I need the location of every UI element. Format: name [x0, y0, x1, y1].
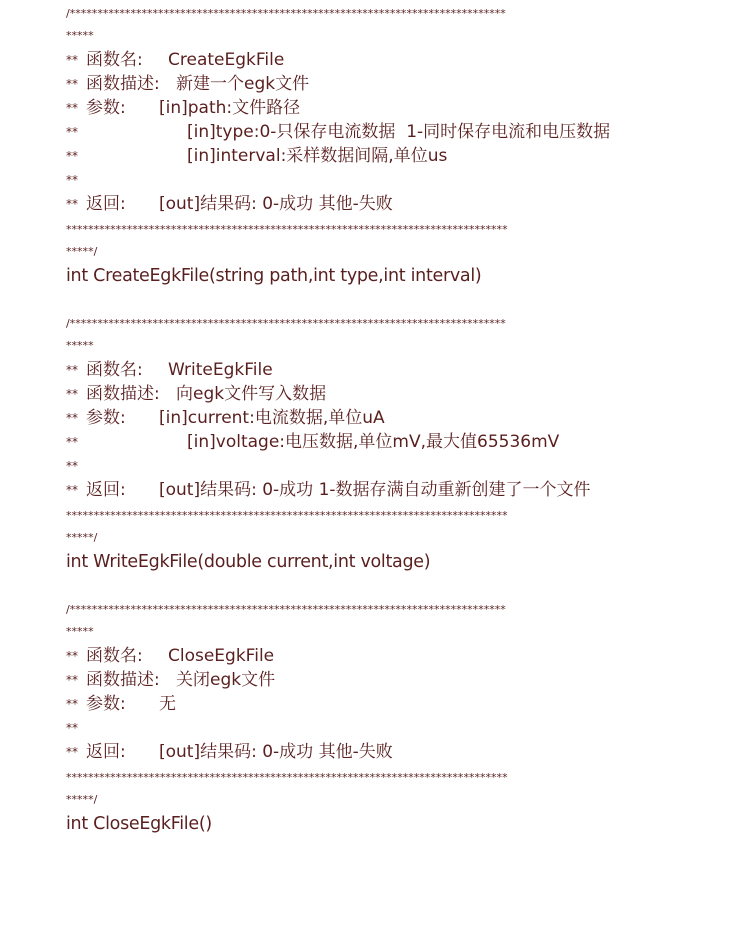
comment-close-stars-end: *****/: [66, 240, 746, 264]
comment-prefix: **: [66, 644, 78, 668]
function-desc-value: 向egk文件写入数据: [176, 382, 326, 406]
function-name-label: 函数名:: [86, 48, 143, 72]
return-row: ** 返回: [out]结果码: 0-成功 其他-失败: [66, 740, 746, 764]
return-label: 返回:: [86, 740, 126, 764]
comment-close-stars-end: *****/: [66, 788, 746, 812]
comment-open-stars: /***************************************…: [66, 310, 706, 334]
comment-prefix: **: [66, 478, 78, 502]
comment-prefix: **: [66, 430, 78, 454]
param-value: [in]interval:采样数据间隔,单位us: [187, 144, 447, 168]
function-name-value: CloseEgkFile: [168, 644, 274, 668]
comment-prefix: **: [66, 48, 78, 72]
comment-prefix: **: [66, 454, 78, 478]
params-row: ** 参数: [in]current:电流数据,单位uA: [66, 406, 746, 430]
params-row: ** [in]type:0-只保存电流数据 1-同时保存电流和电压数据: [66, 120, 746, 144]
params-row: ** 参数: [in]path:文件路径: [66, 96, 746, 120]
comment-open-stars-cont: *****: [66, 24, 746, 48]
function-desc-label: 函数描述:: [86, 382, 160, 406]
params-row: ** 参数: 无: [66, 692, 746, 716]
function-signature: int CloseEgkFile(): [66, 812, 746, 836]
block-spacer: [66, 574, 746, 596]
function-name-value: WriteEgkFile: [168, 358, 273, 382]
function-desc-label: 函数描述:: [86, 668, 160, 692]
params-row: ** [in]voltage:电压数据,单位mV,最大值65536mV: [66, 430, 746, 454]
params-label: 参数:: [86, 96, 126, 120]
code-document: /***************************************…: [66, 0, 746, 836]
function-name-row: ** 函数名: CloseEgkFile: [66, 644, 746, 668]
function-name-row: ** 函数名: CreateEgkFile: [66, 48, 746, 72]
param-value: [in]path:文件路径: [159, 96, 300, 120]
return-value: [out]结果码: 0-成功 其他-失败: [159, 740, 393, 764]
comment-prefix: **: [66, 120, 78, 144]
function-name-value: CreateEgkFile: [168, 48, 284, 72]
comment-prefix: **: [66, 96, 78, 120]
comment-open-stars-cont: *****: [66, 620, 746, 644]
comment-open-stars: /***************************************…: [66, 596, 706, 620]
return-row: ** 返回: [out]结果码: 0-成功 其他-失败: [66, 192, 746, 216]
function-desc-value: 新建一个egk文件: [176, 72, 309, 96]
return-value: [out]结果码: 0-成功 其他-失败: [159, 192, 393, 216]
comment-close-stars: ****************************************…: [66, 502, 706, 526]
function-desc-row: ** 函数描述: 向egk文件写入数据: [66, 382, 746, 406]
comment-prefix: **: [66, 406, 78, 430]
params-label: 参数:: [86, 692, 126, 716]
comment-prefix: **: [66, 692, 78, 716]
comment-prefix: **: [66, 192, 78, 216]
function-name-label: 函数名:: [86, 644, 143, 668]
function-doc-close: /***************************************…: [66, 596, 746, 836]
function-name-label: 函数名:: [86, 358, 143, 382]
params-label: 参数:: [86, 406, 126, 430]
comment-prefix: **: [66, 358, 78, 382]
function-desc-label: 函数描述:: [86, 72, 160, 96]
comment-open-stars: /***************************************…: [66, 0, 706, 24]
param-value: 无: [159, 692, 176, 716]
empty-comment-row: **: [66, 454, 746, 478]
return-value: [out]结果码: 0-成功 1-数据存满自动重新创建了一个文件: [159, 478, 591, 502]
return-label: 返回:: [86, 192, 126, 216]
comment-prefix: **: [66, 740, 78, 764]
params-row: ** [in]interval:采样数据间隔,单位us: [66, 144, 746, 168]
param-value: [in]current:电流数据,单位uA: [159, 406, 385, 430]
param-value: [in]voltage:电压数据,单位mV,最大值65536mV: [187, 430, 559, 454]
empty-comment-row: **: [66, 716, 746, 740]
function-signature: int WriteEgkFile(double current,int volt…: [66, 550, 746, 574]
empty-comment-row: **: [66, 168, 746, 192]
function-name-row: ** 函数名: WriteEgkFile: [66, 358, 746, 382]
param-value: [in]type:0-只保存电流数据 1-同时保存电流和电压数据: [187, 120, 610, 144]
comment-prefix: **: [66, 72, 78, 96]
return-label: 返回:: [86, 478, 126, 502]
comment-prefix: **: [66, 668, 78, 692]
comment-prefix: **: [66, 716, 78, 740]
function-desc-value: 关闭egk文件: [176, 668, 275, 692]
block-spacer: [66, 288, 746, 310]
comment-close-stars: ****************************************…: [66, 216, 706, 240]
comment-prefix: **: [66, 382, 78, 406]
comment-prefix: **: [66, 144, 78, 168]
comment-open-stars-cont: *****: [66, 334, 746, 358]
comment-close-stars-end: *****/: [66, 526, 746, 550]
function-signature: int CreateEgkFile(string path,int type,i…: [66, 264, 746, 288]
function-doc-create: /***************************************…: [66, 0, 746, 288]
comment-close-stars: ****************************************…: [66, 764, 706, 788]
function-doc-write: /***************************************…: [66, 310, 746, 574]
return-row: ** 返回: [out]结果码: 0-成功 1-数据存满自动重新创建了一个文件: [66, 478, 746, 502]
function-desc-row: ** 函数描述: 关闭egk文件: [66, 668, 746, 692]
comment-prefix: **: [66, 168, 78, 192]
function-desc-row: ** 函数描述: 新建一个egk文件: [66, 72, 746, 96]
